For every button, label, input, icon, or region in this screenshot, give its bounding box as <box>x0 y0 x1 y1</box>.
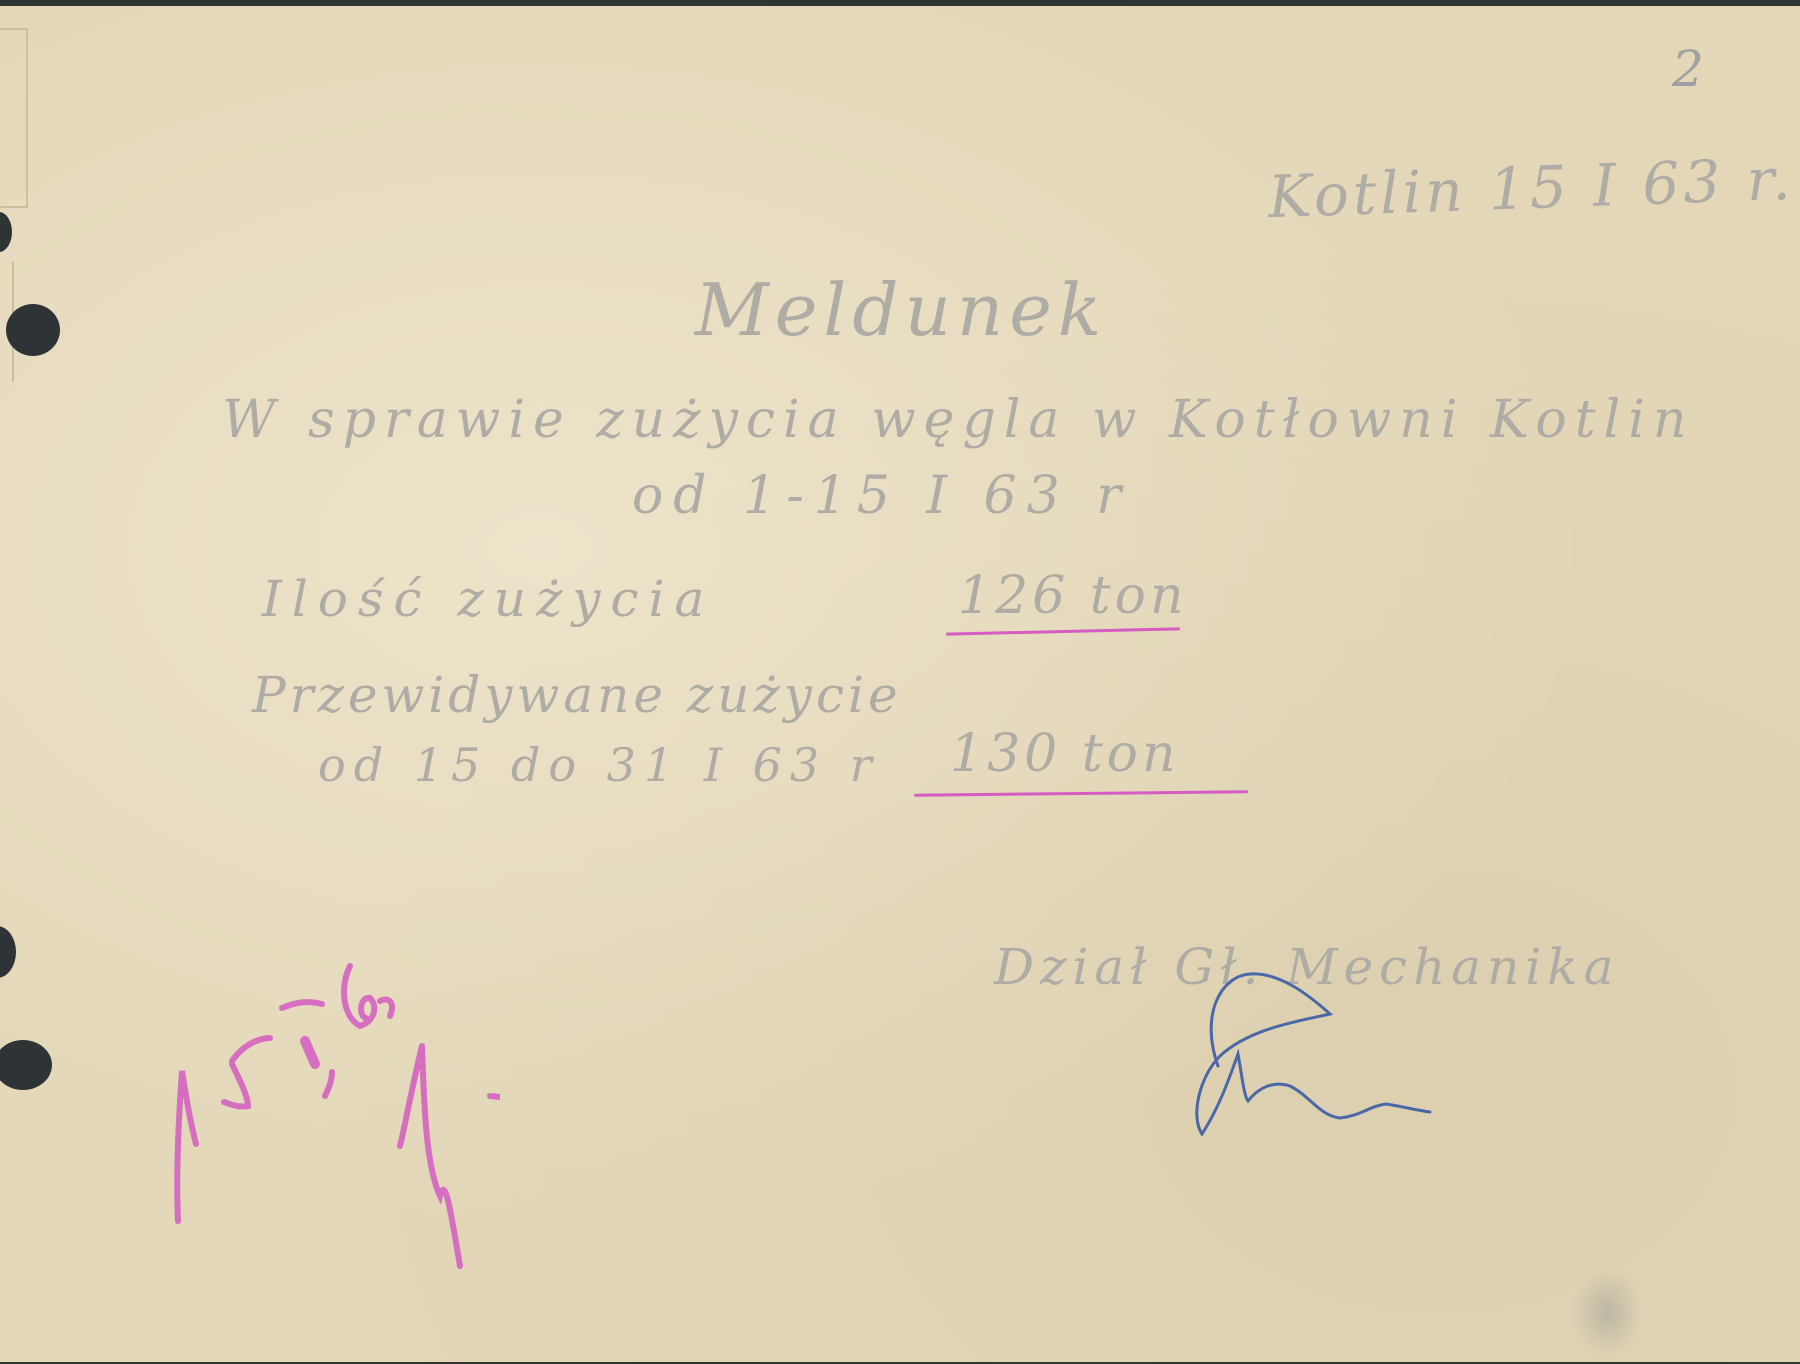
forecast-label: Przewidywane zużycie <box>252 666 902 724</box>
binding-hole <box>0 1040 52 1090</box>
binding-hole <box>0 212 12 252</box>
signature <box>1160 956 1480 1146</box>
forecast-value: 130 ton <box>950 724 1179 784</box>
forecast-period: od 15 do 31 I 63 r <box>318 738 880 792</box>
binding-hole <box>6 304 60 356</box>
document-page: 2 Kotlin 15 I 63 r. Meldunek W sprawie z… <box>0 6 1800 1362</box>
paper-tab-outline <box>0 28 28 208</box>
consumption-label: Ilość zużycia <box>262 570 714 628</box>
subtitle-line-1: W sprawie zużycia węgla w Kotłowni Kotli… <box>222 390 1694 450</box>
magenta-underline <box>914 790 1248 796</box>
paper-stain <box>1572 1268 1642 1358</box>
magenta-date-annotation <box>160 946 500 1286</box>
binding-hole <box>0 926 16 978</box>
document-title: Meldunek <box>695 268 1107 352</box>
place-date: Kotlin 15 I 63 r. <box>1267 145 1796 231</box>
subtitle-line-2: od 1-15 I 63 r <box>632 466 1131 526</box>
magenta-underline <box>946 627 1180 635</box>
consumption-value: 126 ton <box>958 566 1187 626</box>
page-number: 2 <box>1672 40 1708 98</box>
